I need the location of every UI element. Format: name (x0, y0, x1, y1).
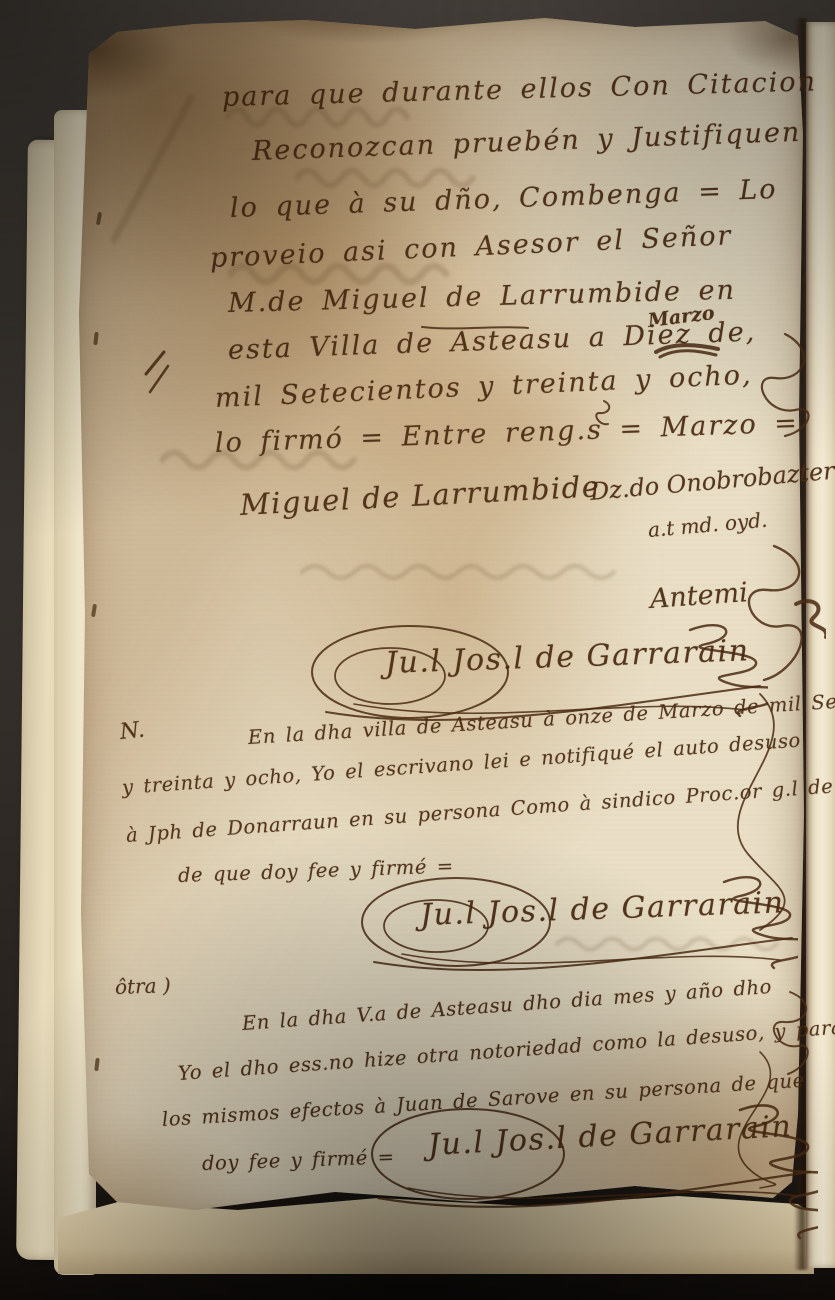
margin-note-otra: ôtra ) (115, 973, 172, 999)
bleedthrough-text (300, 556, 630, 586)
margin-note-notification: N. (119, 717, 146, 744)
bleedthrough-text (96, 90, 206, 250)
edge-loop-flourish (745, 330, 825, 440)
strikethrough-scribble (652, 336, 722, 364)
manuscript-photo: para que durante ellos Con Citacion Reco… (0, 0, 835, 1300)
small-loop-flourish (590, 398, 616, 432)
margin-slash-mark (140, 348, 172, 396)
